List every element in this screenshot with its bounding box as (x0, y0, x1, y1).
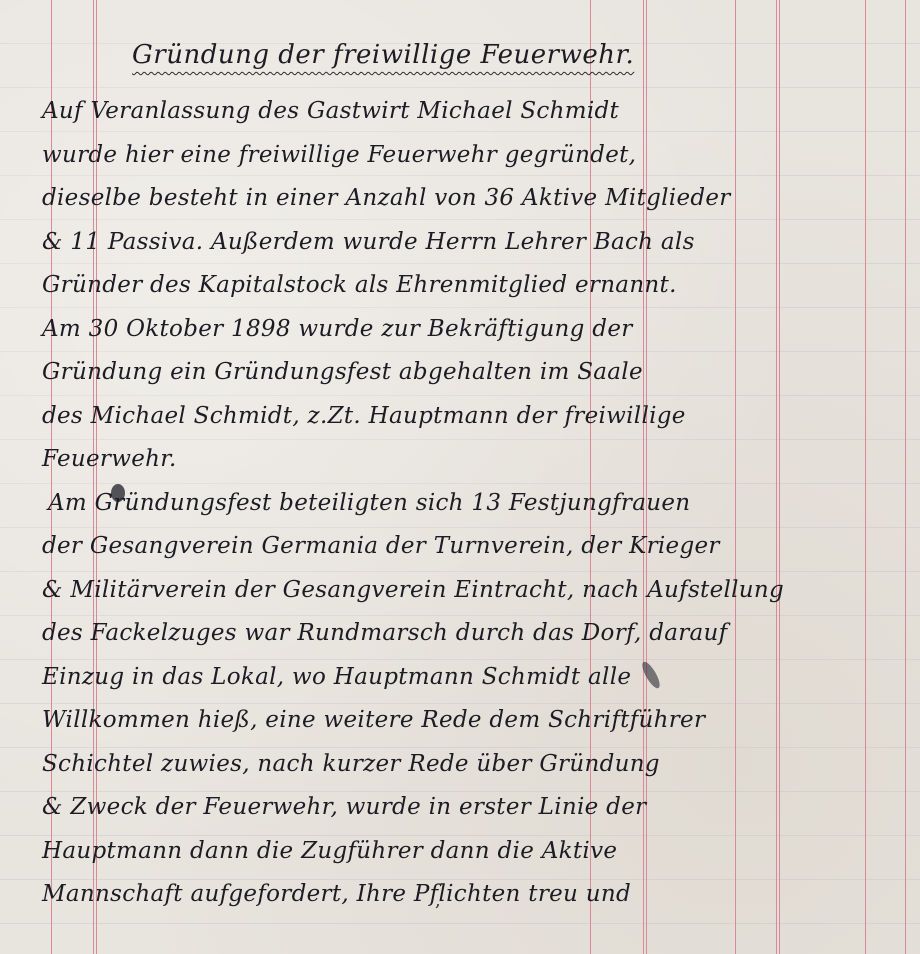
text-line: der Gesangverein Germania der Turnverein… (42, 525, 912, 569)
text-line: Auf Veranlassung des Gastwirt Michael Sc… (42, 90, 912, 134)
text-line: Feuerwehr. (42, 438, 912, 482)
text-line: & Militärverein der Gesangverein Eintrac… (42, 569, 912, 613)
text-line: des Fackelzuges war Rundmarsch durch das… (42, 612, 912, 656)
text-line: Mannschaft aufgefordert, Ihre Pflichten … (42, 873, 912, 917)
text-line: & Zweck der Feuerwehr, wurde in erster L… (42, 786, 912, 830)
text-line: & 11 Passiva. Außerdem wurde Herrn Lehre… (42, 221, 912, 265)
text-line: dieselbe besteht in einer Anzahl von 36 … (42, 177, 912, 221)
page-title: Gründung der freiwillige Feuerwehr. (132, 30, 912, 90)
text-line: Hauptmann dann die Zugführer dann die Ak… (42, 830, 912, 874)
text-line: Willkommen hieß, eine weitere Rede dem S… (42, 699, 912, 743)
text-line: Gründung ein Gründungsfest abgehalten im… (42, 351, 912, 395)
text-line: wurde hier eine freiwillige Feuerwehr ge… (42, 134, 912, 178)
text-line: Am Gründungsfest beteiligten sich 13 Fes… (42, 482, 912, 526)
ink-mark: , (435, 890, 441, 911)
text-line: Gründer des Kapitalstock als Ehrenmitgli… (42, 264, 912, 308)
text-line: Einzug in das Lokal, wo Hauptmann Schmid… (42, 656, 912, 700)
handwritten-text: Gründung der freiwillige Feuerwehr. Auf … (42, 30, 912, 917)
text-line: Am 30 Oktober 1898 wurde zur Bekräftigun… (42, 308, 912, 352)
text-line: des Michael Schmidt, z.Zt. Hauptmann der… (42, 395, 912, 439)
text-line: Schichtel zuwies, nach kurzer Rede über … (42, 743, 912, 787)
